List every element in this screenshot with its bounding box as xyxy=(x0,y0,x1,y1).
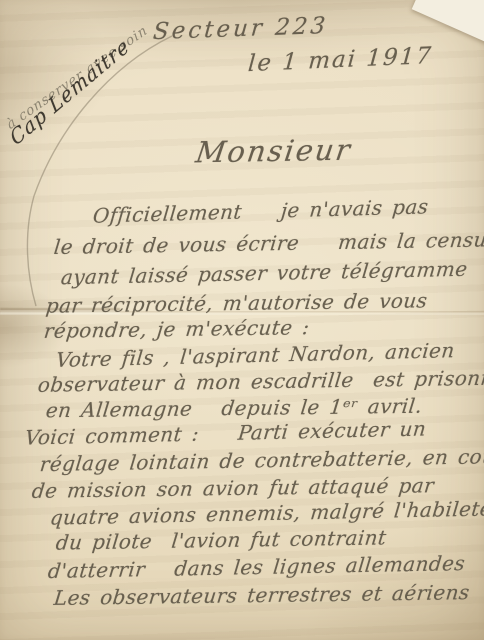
scanned-letter-page: Secteur 223 le 1 mai 1917 à conserver av… xyxy=(0,0,484,640)
handwritten-line: répondre, je m'exécute : xyxy=(43,315,311,343)
salutation: Monsieur xyxy=(194,133,354,170)
